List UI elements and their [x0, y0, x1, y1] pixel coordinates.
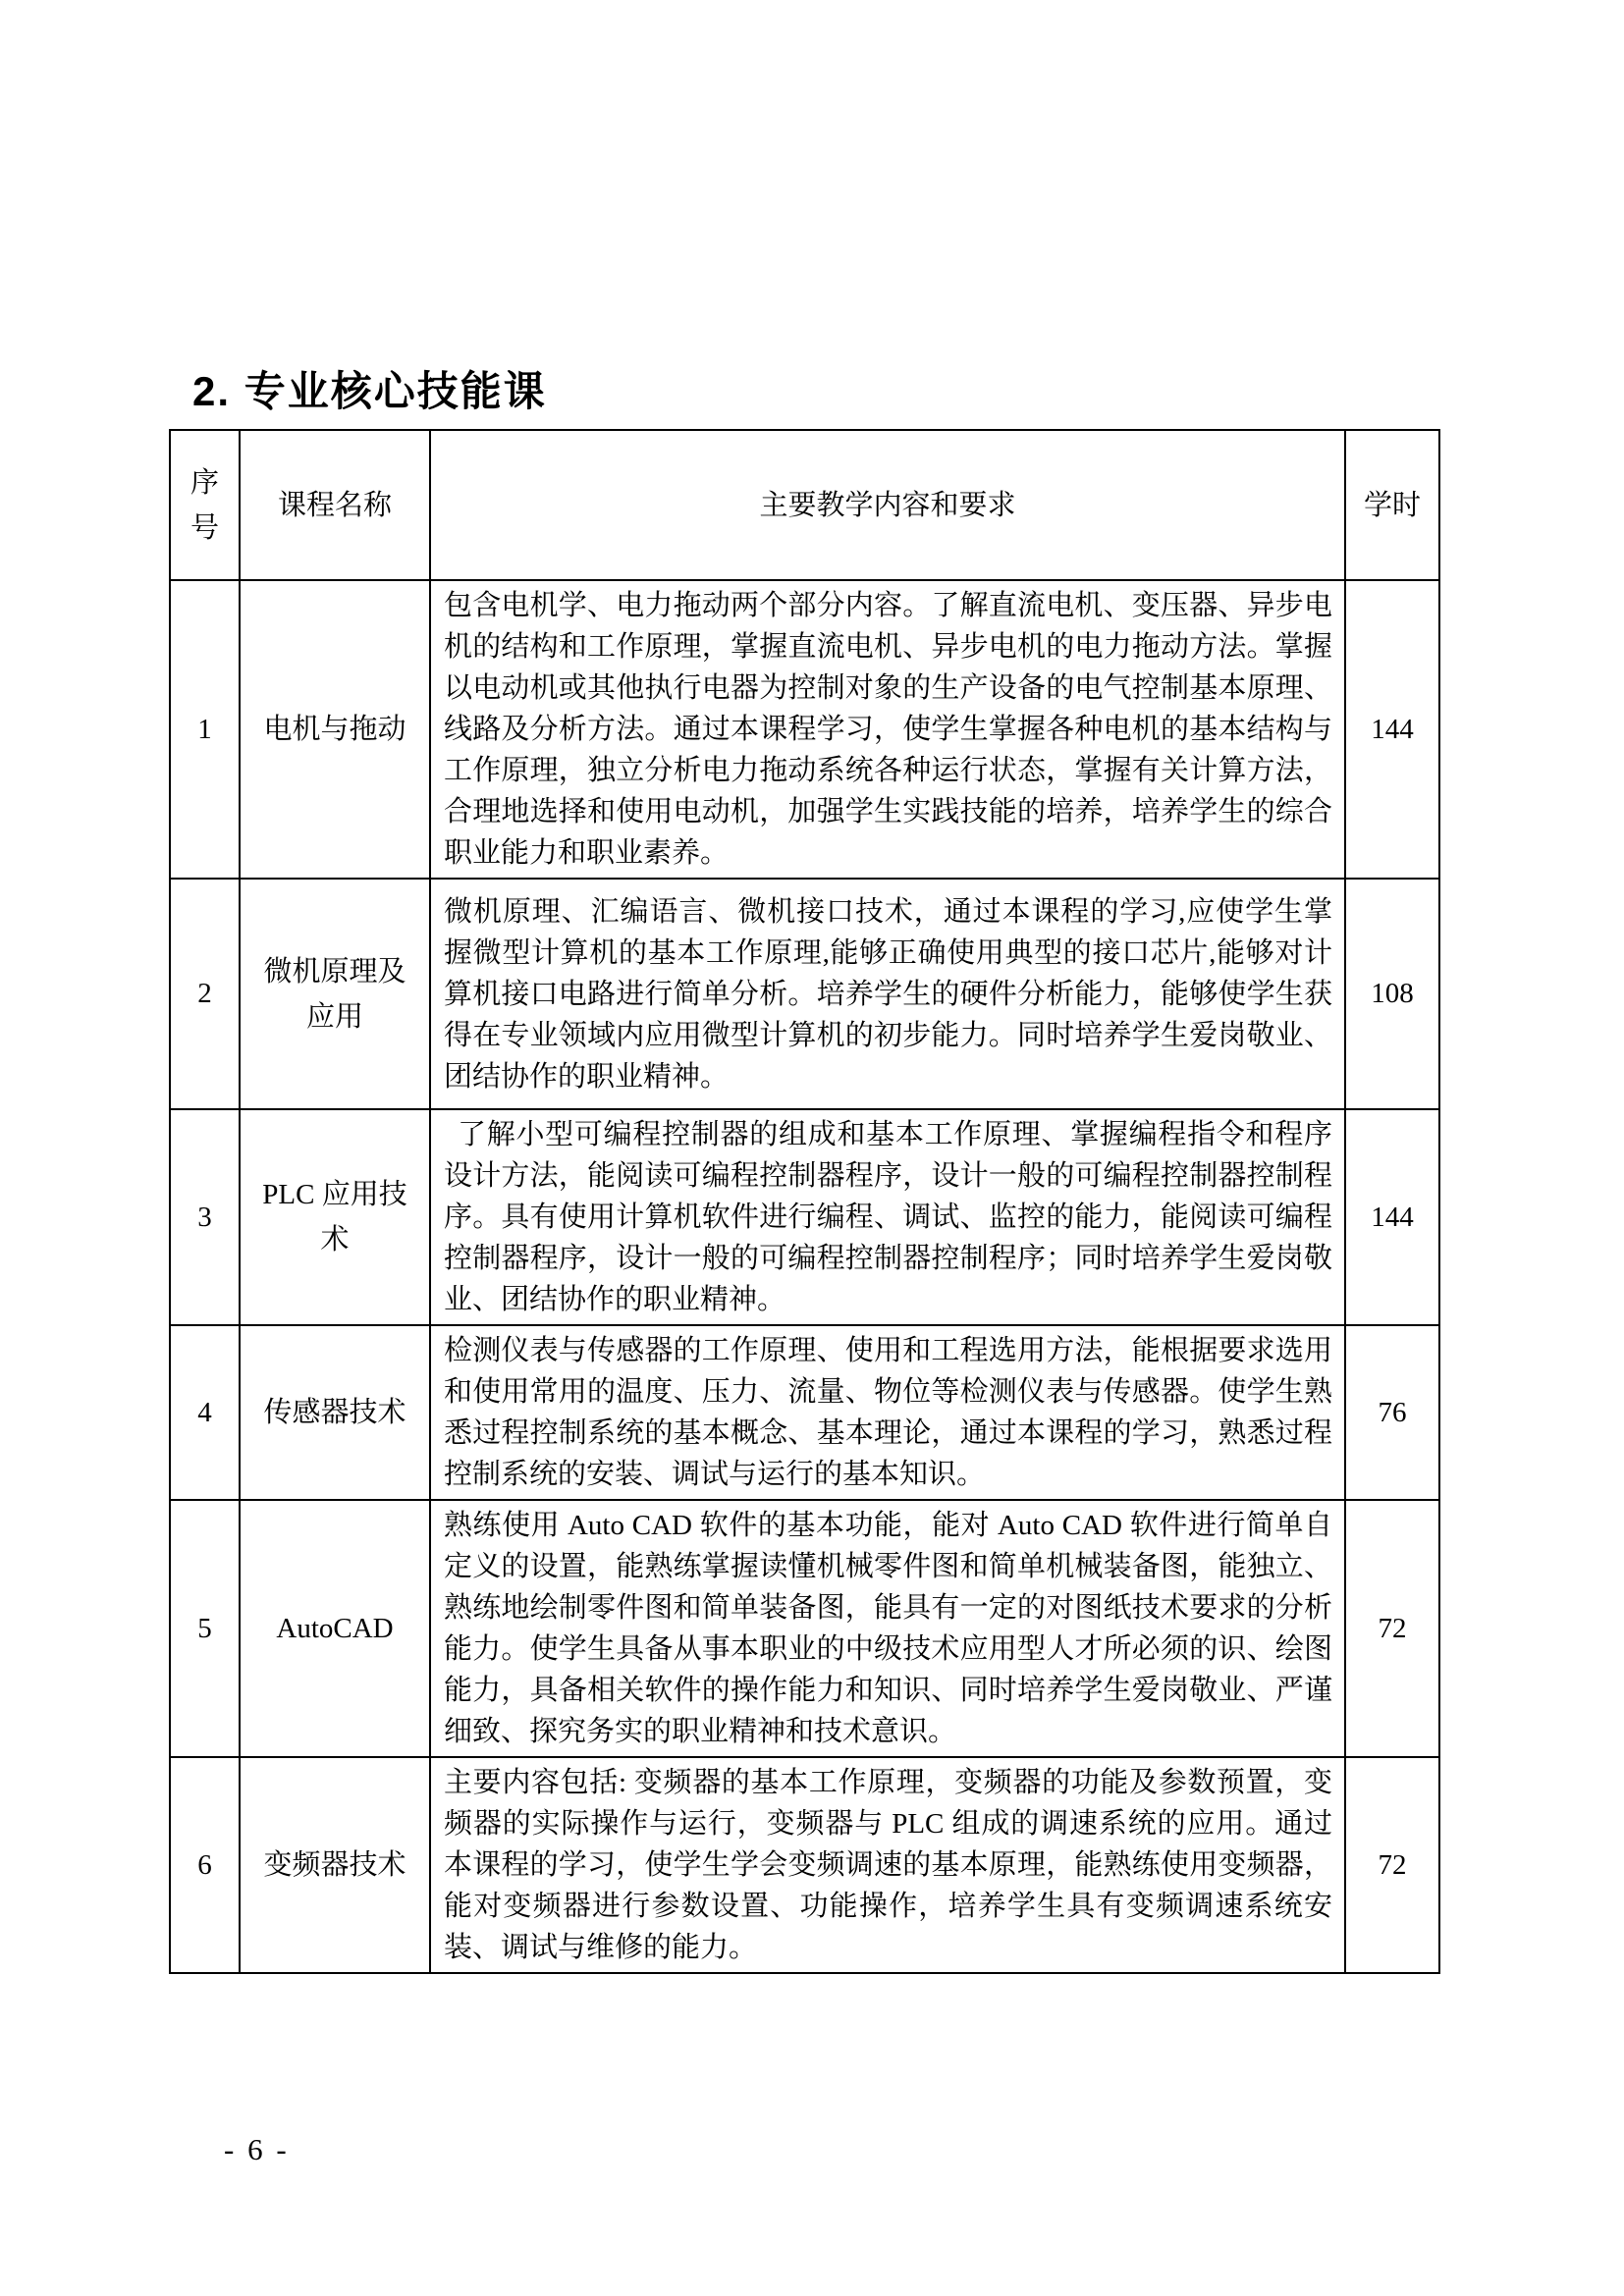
- table-row: 2 微机原理及应用 微机原理、汇编语言、微机接口技术，通过本课程的学习,应使学生…: [170, 879, 1439, 1109]
- course-name-cell: 微机原理及应用: [240, 879, 430, 1109]
- course-name-cell: PLC 应用技术: [240, 1109, 430, 1325]
- table-row: 3 PLC 应用技术 了解小型可编程控制器的组成和基本工作原理、掌握编程指令和程…: [170, 1109, 1439, 1325]
- course-name-cell: 传感器技术: [240, 1325, 430, 1500]
- document-page: 2. 专业核心技能课 序号 课程名称 主要教学内容和要求 学时 1 电机与拖动 …: [0, 0, 1624, 2296]
- course-table: 序号 课程名称 主要教学内容和要求 学时 1 电机与拖动 包含电机学、电力拖动两…: [169, 429, 1440, 1974]
- course-content-cell: 了解小型可编程控制器的组成和基本工作原理、掌握编程指令和程序设计方法，能阅读可编…: [430, 1109, 1345, 1325]
- course-content-cell: 主要内容包括: 变频器的基本工作原理，变频器的功能及参数预置，变频器的实际操作与…: [430, 1757, 1345, 1973]
- row-number-cell: 3: [170, 1109, 240, 1325]
- course-hours-cell: 72: [1345, 1757, 1439, 1973]
- row-number-cell: 6: [170, 1757, 240, 1973]
- table-header-row: 序号 课程名称 主要教学内容和要求 学时: [170, 430, 1439, 580]
- course-content-cell: 微机原理、汇编语言、微机接口技术，通过本课程的学习,应使学生掌握微型计算机的基本…: [430, 879, 1345, 1109]
- course-name-cell: 电机与拖动: [240, 580, 430, 879]
- course-name-cell: 变频器技术: [240, 1757, 430, 1973]
- header-teaching-content: 主要教学内容和要求: [430, 430, 1345, 580]
- section-title: 2. 专业核心技能课: [192, 367, 547, 416]
- header-class-hours: 学时: [1345, 430, 1439, 580]
- row-number-cell: 5: [170, 1500, 240, 1757]
- course-content-cell: 包含电机学、电力拖动两个部分内容。了解直流电机、变压器、异步电机的结构和工作原理…: [430, 580, 1345, 879]
- course-hours-cell: 72: [1345, 1500, 1439, 1757]
- row-number-cell: 2: [170, 879, 240, 1109]
- table-row: 5 AutoCAD 熟练使用 Auto CAD 软件的基本功能，能对 Auto …: [170, 1500, 1439, 1757]
- row-number-cell: 4: [170, 1325, 240, 1500]
- table-row: 6 变频器技术 主要内容包括: 变频器的基本工作原理，变频器的功能及参数预置，变…: [170, 1757, 1439, 1973]
- course-hours-cell: 144: [1345, 580, 1439, 879]
- course-hours-cell: 108: [1345, 879, 1439, 1109]
- table-row: 4 传感器技术 检测仪表与传感器的工作原理、使用和工程选用方法，能根据要求选用和…: [170, 1325, 1439, 1500]
- header-serial-number: 序号: [170, 430, 240, 580]
- course-hours-cell: 144: [1345, 1109, 1439, 1325]
- page-number: - 6 -: [224, 2132, 290, 2167]
- course-content-cell: 熟练使用 Auto CAD 软件的基本功能，能对 Auto CAD 软件进行简单…: [430, 1500, 1345, 1757]
- course-content-cell: 检测仪表与传感器的工作原理、使用和工程选用方法，能根据要求选用和使用常用的温度、…: [430, 1325, 1345, 1500]
- row-number-cell: 1: [170, 580, 240, 879]
- header-course-name: 课程名称: [240, 430, 430, 580]
- table-row: 1 电机与拖动 包含电机学、电力拖动两个部分内容。了解直流电机、变压器、异步电机…: [170, 580, 1439, 879]
- course-hours-cell: 76: [1345, 1325, 1439, 1500]
- course-name-cell: AutoCAD: [240, 1500, 430, 1757]
